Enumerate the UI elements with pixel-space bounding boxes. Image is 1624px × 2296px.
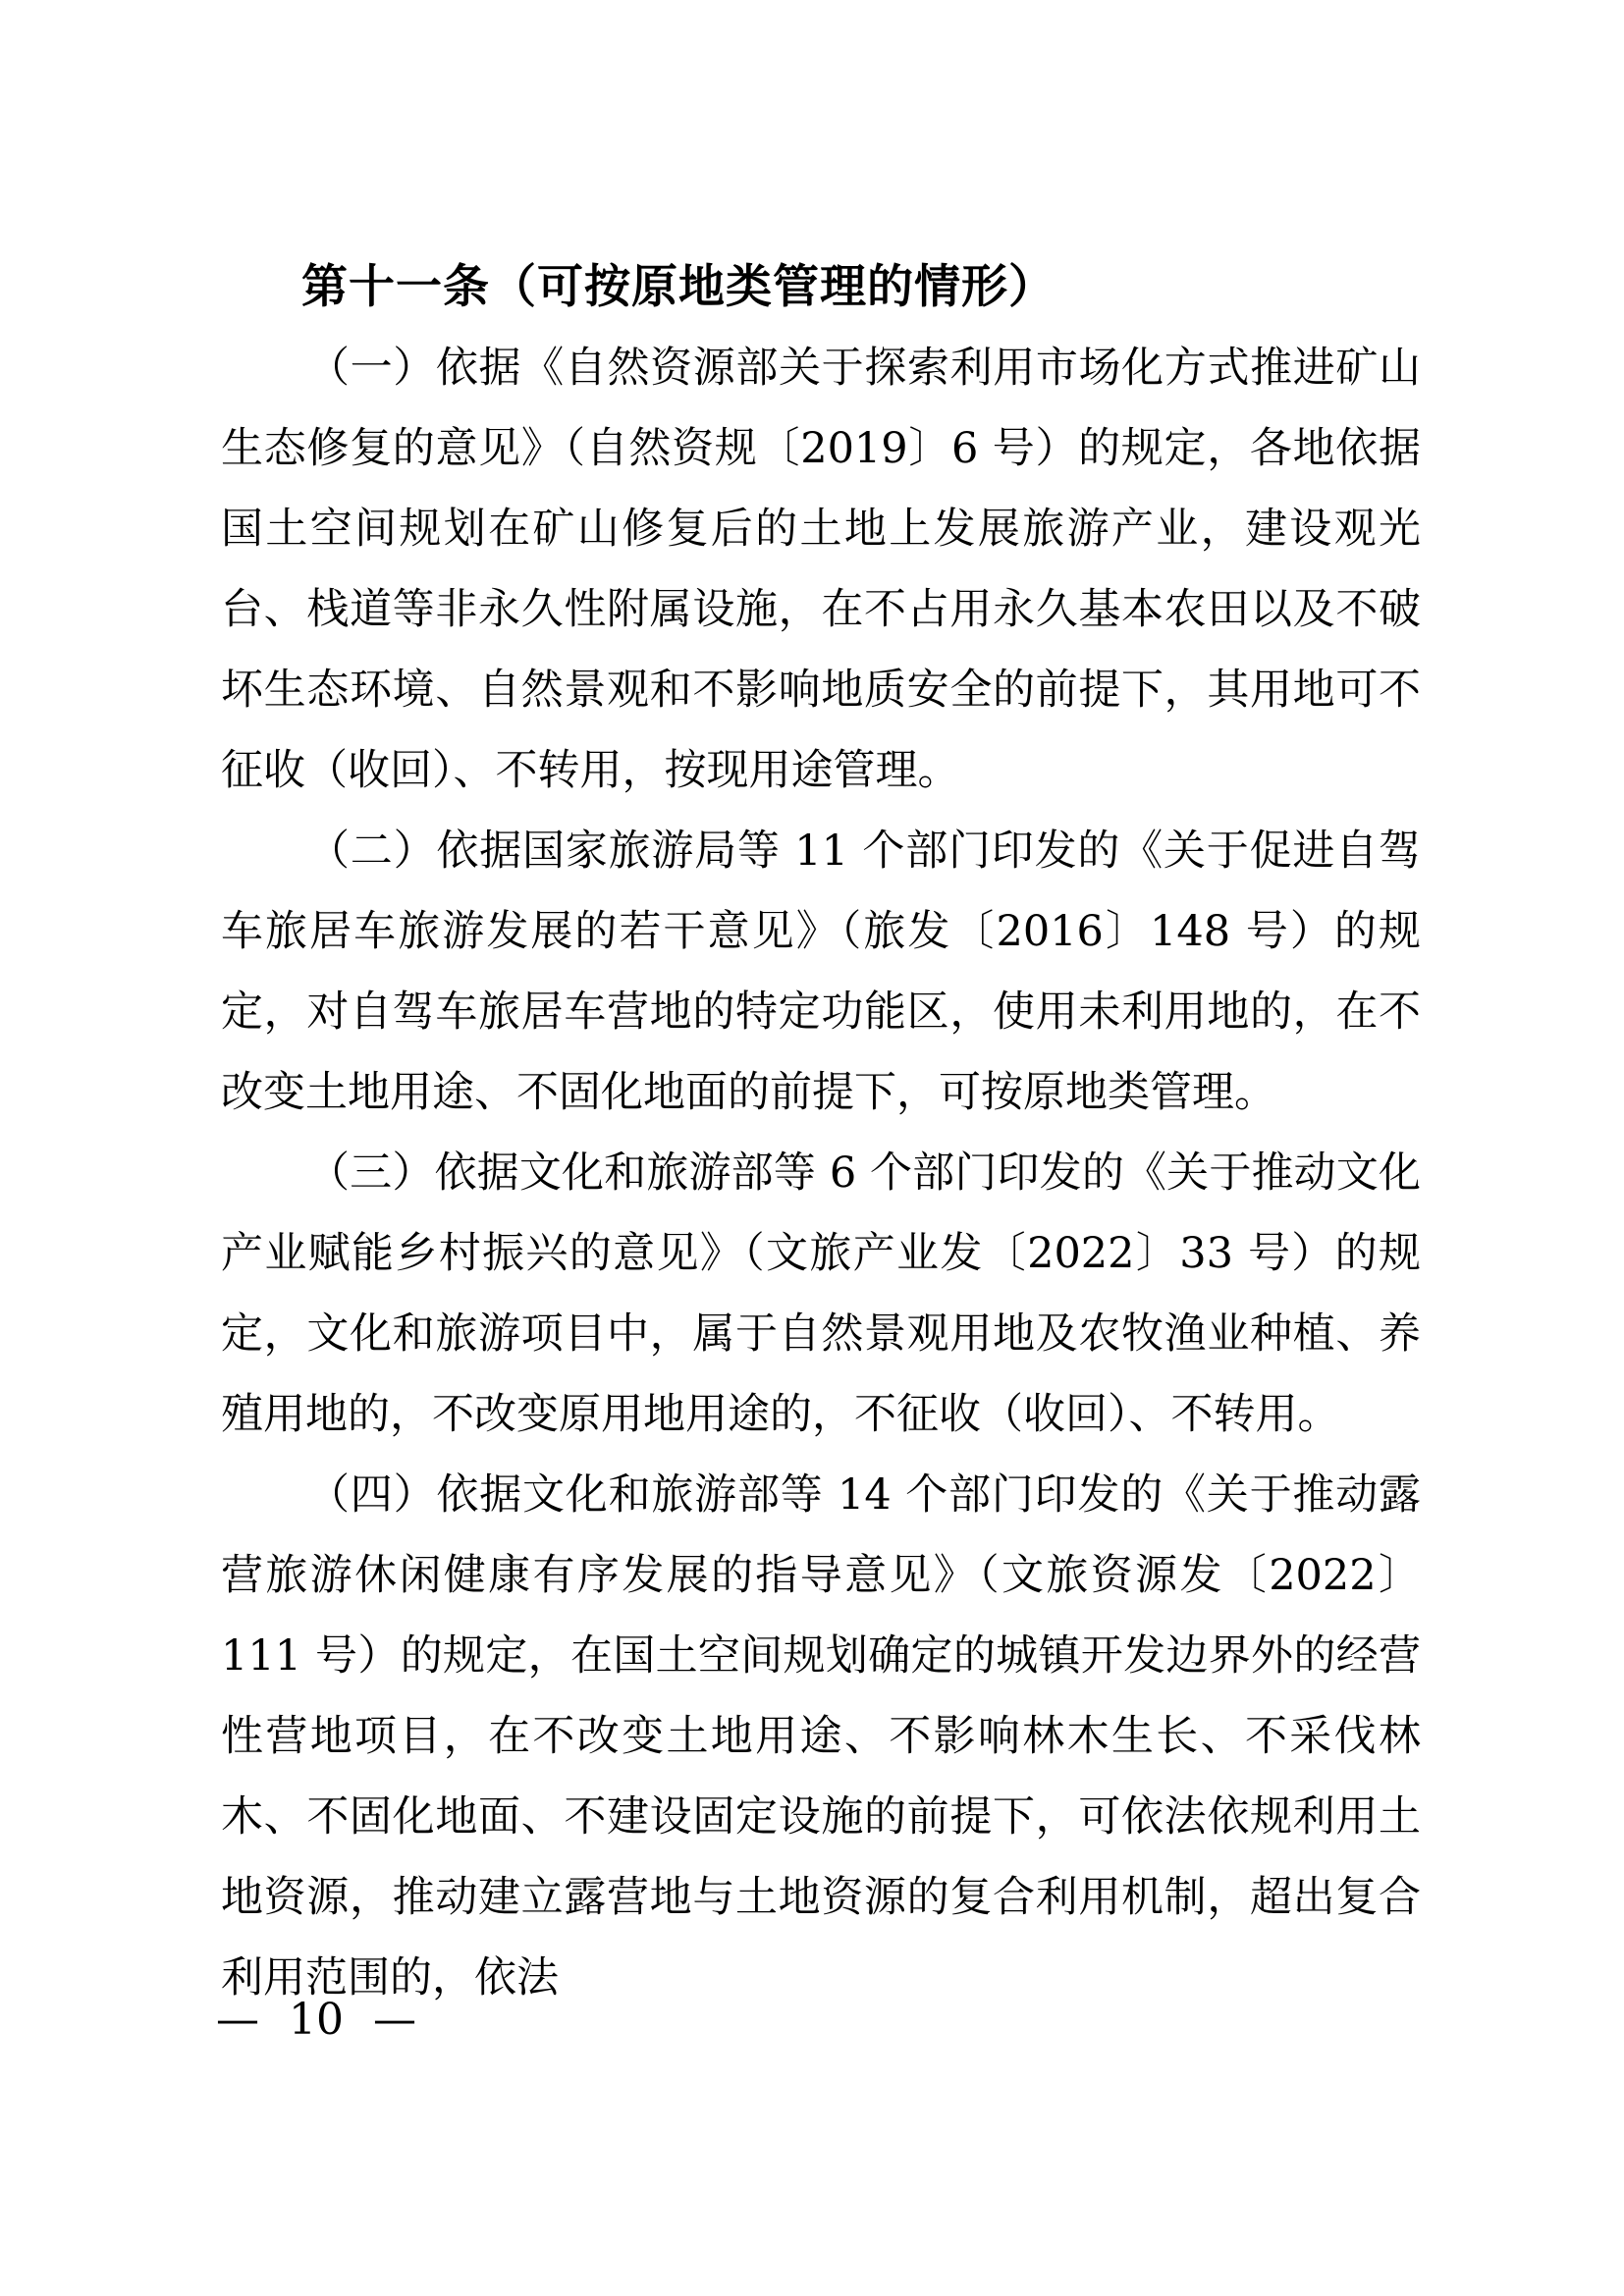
document-page: 第十一条（可按原地类管理的情形） （一）依据《自然资源部关于探索利用市场化方式推… bbox=[0, 0, 1624, 2296]
paragraph-item-2: （二）依据国家旅游局等 11 个部门印发的《关于促进自驾车旅居车旅游发展的若干意… bbox=[221, 811, 1421, 1133]
page-number: — 10 — bbox=[216, 1991, 416, 2050]
text-block: 第十一条（可按原地类管理的情形） （一）依据《自然资源部关于探索利用市场化方式推… bbox=[221, 247, 1421, 2018]
section-heading: 第十一条（可按原地类管理的情形） bbox=[301, 247, 1421, 328]
paragraph-item-4: （四）依据文化和旅游部等 14 个部门印发的《关于推动露营旅游休闲健康有序发展的… bbox=[221, 1455, 1421, 2018]
paragraph-item-1: （一）依据《自然资源部关于探索利用市场化方式推进矿山生态修复的意见》（自然资规〔… bbox=[221, 328, 1421, 811]
paragraph-item-3: （三）依据文化和旅游部等 6 个部门印发的《关于推动文化产业赋能乡村振兴的意见》… bbox=[221, 1133, 1421, 1455]
